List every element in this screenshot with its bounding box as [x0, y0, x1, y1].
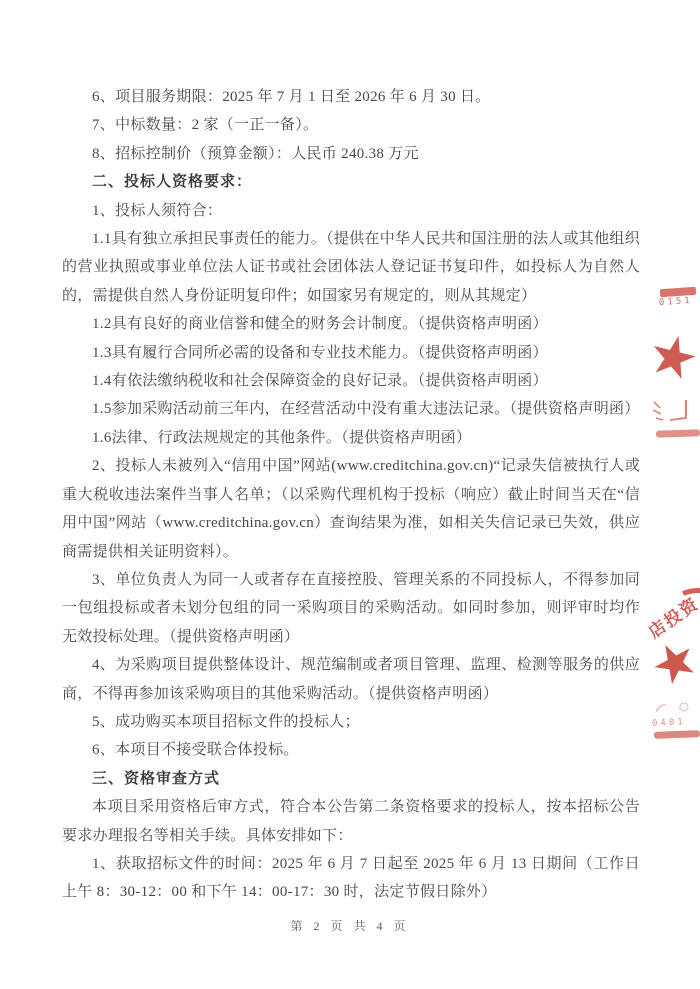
stamp-stroke-marks-icon [649, 698, 699, 720]
para-design-supplier-restriction: 4、为采购项目提供整体设计、规范编制或者项目管理、监理、检测等服务的供应商，不得… [62, 651, 640, 708]
document-body: 6、项目服务期限：2025 年 7 月 1 日至 2026 年 6 月 30 日… [62, 83, 640, 907]
section-heading-bidder-qualifications: 二、投标人资格要求： [62, 168, 640, 196]
scanned-document-page: 6、项目服务期限：2025 年 7 月 1 日至 2026 年 6 月 30 日… [0, 0, 700, 989]
stamp-stroke-marks-icon [650, 398, 698, 433]
item-control-price: 8、招标控制价（预算金额）：人民币 240.38 万元 [62, 140, 640, 168]
para-document-obtain-time: 1、获取招标文件的时间：2025 年 6 月 7 日起至 2025 年 6 月 … [62, 850, 640, 907]
item-purchased-documents: 5、成功购买本项目招标文件的投标人； [62, 708, 640, 736]
para-qualification-1-6: 1.6法律、行政法规规定的其他条件。（提供资格声明函） [62, 424, 640, 452]
section-heading-qualification-review: 三、资格审查方式 [62, 765, 640, 793]
item-bidder-must-meet: 1、投标人须符合： [62, 197, 640, 225]
para-qualification-1-5: 1.5参加采购活动前三年内，在经营活动中没有重大违法记录。（提供资格声明函） [62, 395, 640, 423]
stamp-serial-number: 0151 [659, 296, 693, 308]
para-qualification-1-4: 1.4有依法缴纳税收和社会保障资金的良好记录。（提供资格声明函） [62, 367, 640, 395]
stamp-bar [654, 730, 700, 739]
page-number-footer: 第 2 页 共 4 页 [0, 917, 700, 934]
item-service-period: 6、项目服务期限：2025 年 7 月 1 日至 2026 年 6 月 30 日… [62, 83, 640, 111]
para-credit-china: 2、投标人未被列入“信用中国”网站(www.creditchina.gov.cn… [62, 452, 640, 566]
item-winner-count: 7、中标数量：2 家（一正一备）。 [62, 111, 640, 139]
para-qualification-1-3: 1.3具有履行合同所必需的设备和专业技术能力。（提供资格声明函） [62, 339, 640, 367]
para-post-review-method: 本项目采用资格后审方式，符合本公告第二条资格要求的投标人，按本招标公告要求办理报… [62, 793, 640, 850]
stamp-bar [656, 429, 700, 438]
para-qualification-1-2: 1.2具有良好的商业信誉和健全的财务会计制度。（提供资格声明函） [62, 310, 640, 338]
item-no-consortium: 6、本项目不接受联合体投标。 [62, 736, 640, 764]
stamp-serial-number: 0401 [652, 717, 686, 729]
para-same-responsible-person: 3、单位负责人为同一人或者存在直接控股、管理关系的不同投标人，不得参加同一包组投… [62, 566, 640, 651]
stamp-star-icon: ★ [642, 325, 700, 391]
para-qualification-1-1: 1.1具有独立承担民事责任的能力。（提供在中华人民共和国注册的法人或其他组织的营… [62, 225, 640, 310]
